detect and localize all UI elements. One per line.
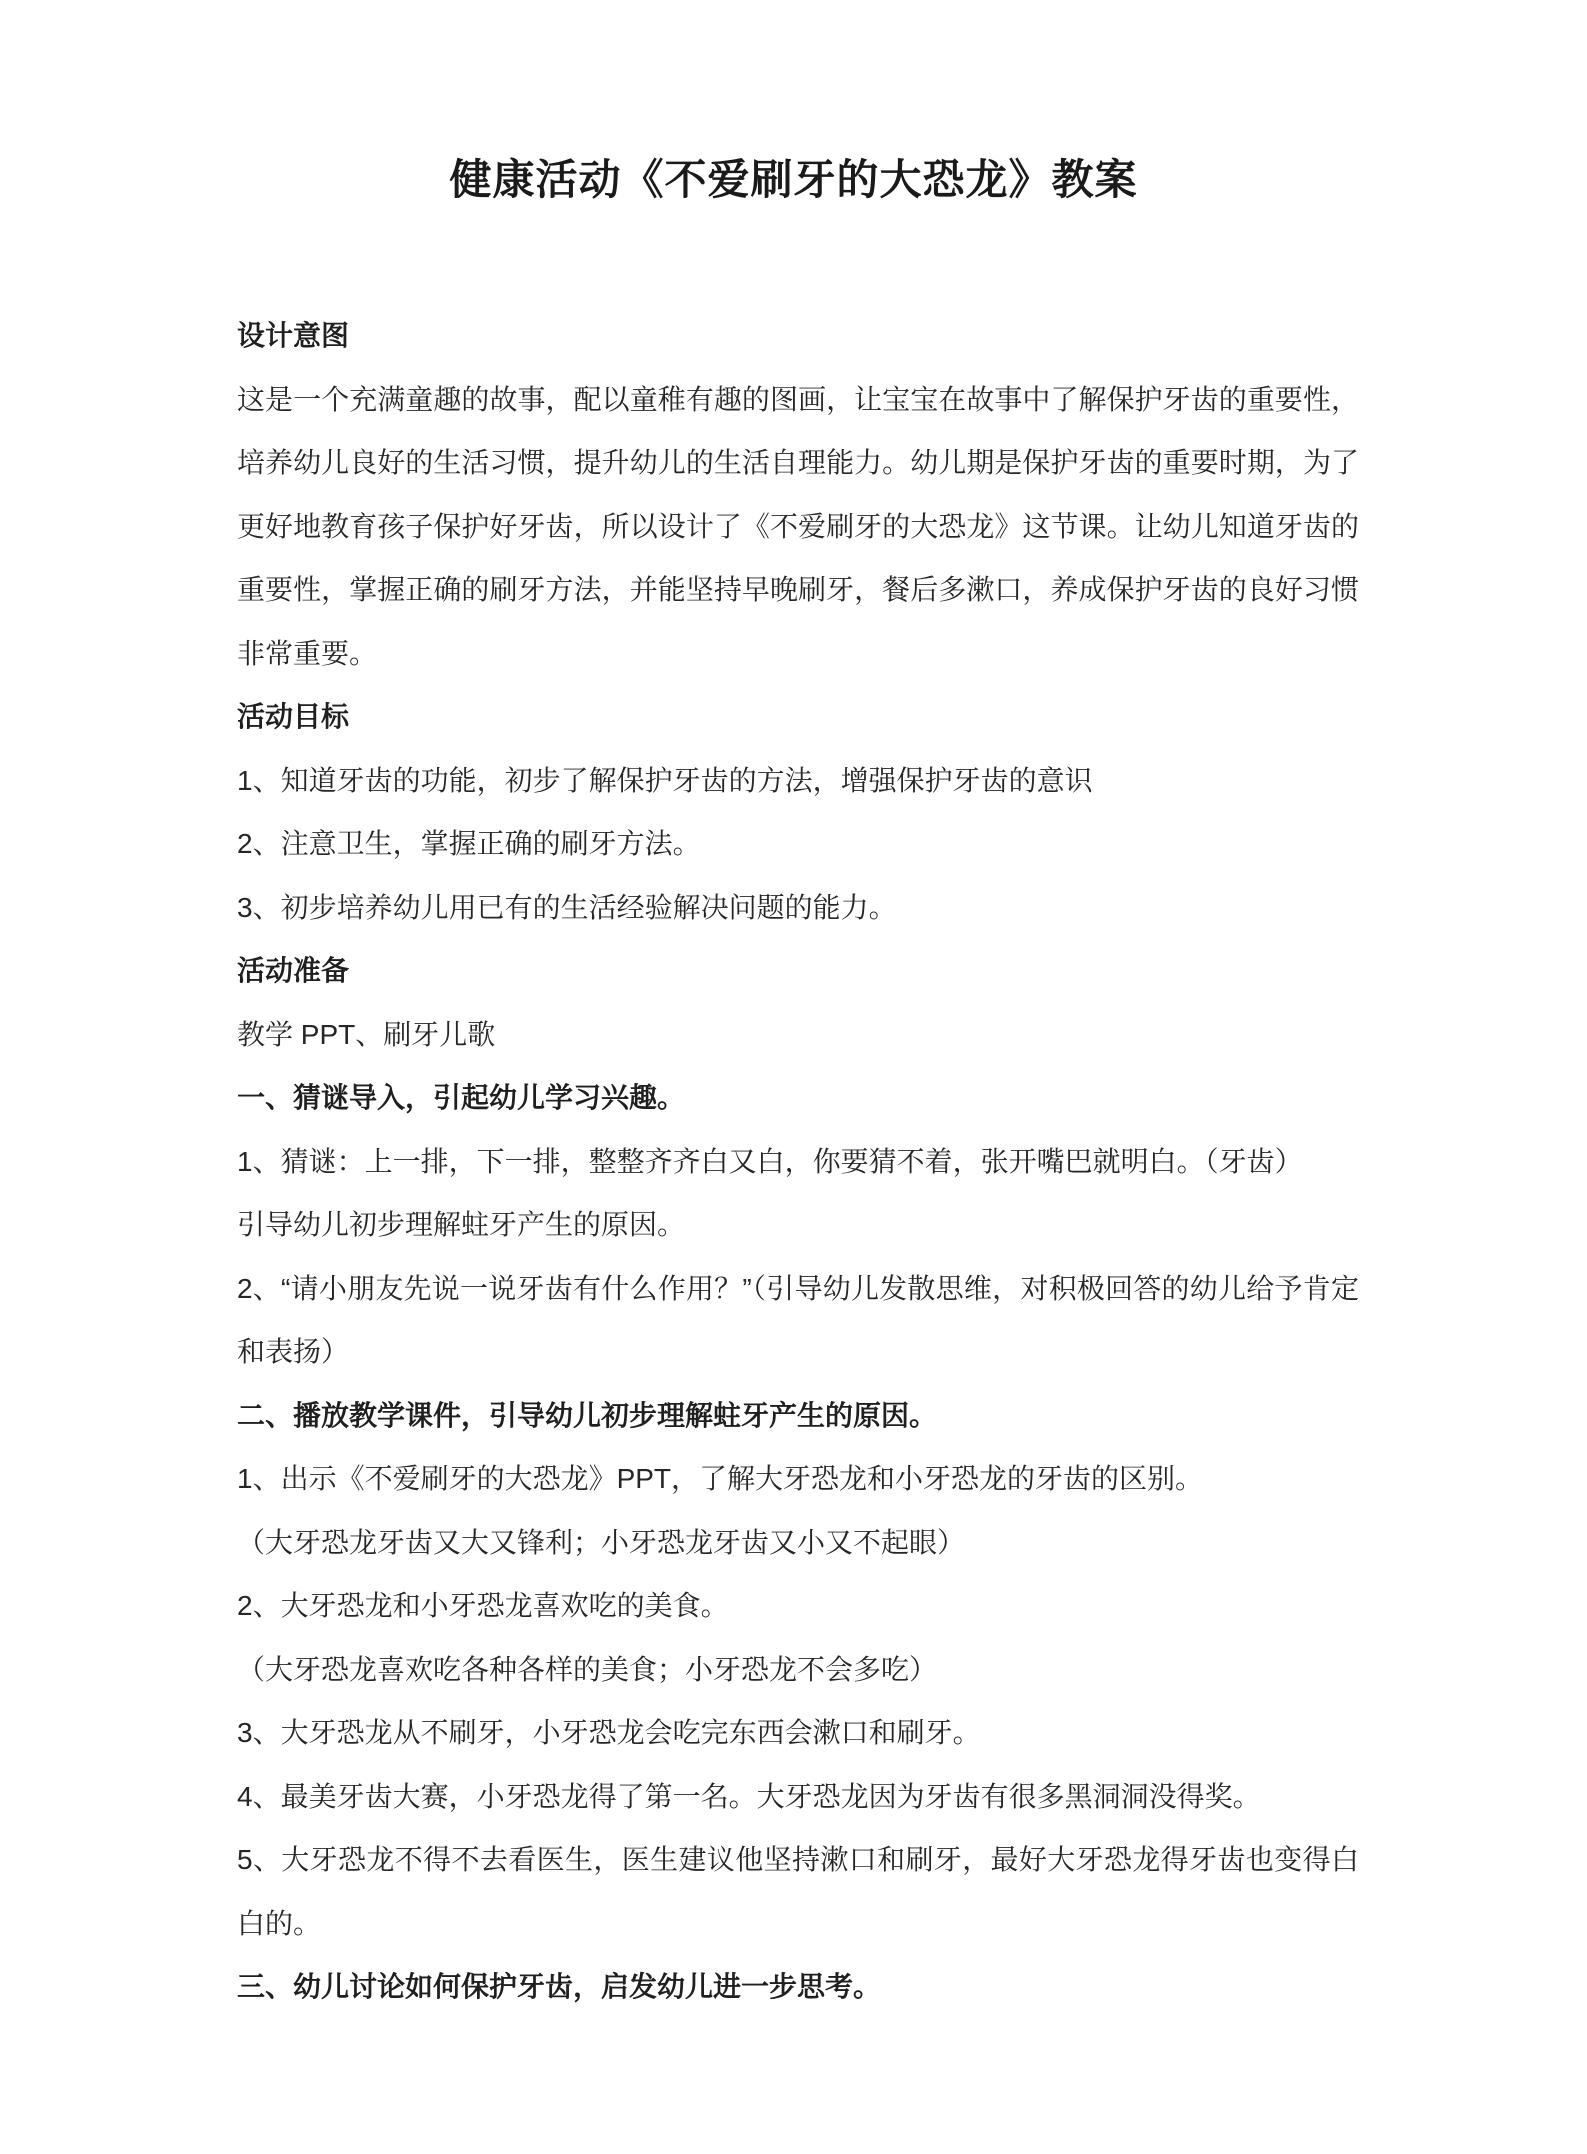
document-page: 健康活动《不爱刷牙的大恐龙》教案 设计意图这是一个充满童趣的故事，配以童稚有趣的… [0, 0, 1587, 2154]
paragraph-line: 3、初步培养幼儿用已有的生活经验解决问题的能力。 [237, 876, 1359, 940]
paragraph-line: 引导幼儿初步理解蛀牙产生的原因。 [237, 1193, 1359, 1257]
paragraph-line: 白的。 [237, 1892, 1359, 1956]
paragraph-line: 重要性，掌握正确的刷牙方法，并能坚持早晚刷牙，餐后多漱口，养成保护牙齿的良好习惯 [237, 558, 1359, 622]
document-body: 设计意图这是一个充满童趣的故事，配以童稚有趣的图画，让宝宝在故事中了解保护牙齿的… [237, 304, 1359, 2019]
paragraph-line: 1、猜谜：上一排，下一排，整整齐齐白又白，你要猜不着，张开嘴巴就明白。（牙齿） [237, 1130, 1359, 1194]
paragraph-line: 这是一个充满童趣的故事，配以童稚有趣的图画，让宝宝在故事中了解保护牙齿的重要性， [237, 368, 1359, 432]
section-heading: 一、猜谜导入，引起幼儿学习兴趣。 [237, 1066, 1359, 1130]
paragraph-line: 教学 PPT、刷牙儿歌 [237, 1003, 1359, 1067]
section-heading: 二、播放教学课件，引导幼儿初步理解蛀牙产生的原因。 [237, 1384, 1359, 1448]
section-heading: 活动目标 [237, 685, 1359, 749]
paragraph-line: 更好地教育孩子保护好牙齿，所以设计了《不爱刷牙的大恐龙》这节课。让幼儿知道牙齿的 [237, 495, 1359, 559]
paragraph-line: 5、大牙恐龙不得不去看医生，医生建议他坚持漱口和刷牙，最好大牙恐龙得牙齿也变得白 [237, 1828, 1359, 1892]
paragraph-line: 培养幼儿良好的生活习惯，提升幼儿的生活自理能力。幼儿期是保护牙齿的重要时期，为了 [237, 431, 1359, 495]
paragraph-line: 非常重要。 [237, 622, 1359, 686]
paragraph-line: 2、大牙恐龙和小牙恐龙喜欢吃的美食。 [237, 1574, 1359, 1638]
section-heading: 三、幼儿讨论如何保护牙齿，启发幼儿进一步思考。 [237, 1955, 1359, 2019]
paragraph-line: 2、“请小朋友先说一说牙齿有什么作用？”（引导幼儿发散思维，对积极回答的幼儿给予… [237, 1257, 1359, 1321]
paragraph-line: 4、最美牙齿大赛，小牙恐龙得了第一名。大牙恐龙因为牙齿有很多黑洞洞没得奖。 [237, 1765, 1359, 1829]
paragraph-line: 和表扬） [237, 1320, 1359, 1384]
section-heading: 设计意图 [237, 304, 1359, 368]
paragraph-line: 3、大牙恐龙从不刷牙，小牙恐龙会吃完东西会漱口和刷牙。 [237, 1701, 1359, 1765]
paragraph-line: 1、出示《不爱刷牙的大恐龙》PPT，了解大牙恐龙和小牙恐龙的牙齿的区别。 [237, 1447, 1359, 1511]
document-title: 健康活动《不爱刷牙的大恐龙》教案 [0, 150, 1587, 210]
paragraph-line: 1、知道牙齿的功能，初步了解保护牙齿的方法，增强保护牙齿的意识 [237, 749, 1359, 813]
section-heading: 活动准备 [237, 939, 1359, 1003]
paragraph-line: （大牙恐龙喜欢吃各种各样的美食；小牙恐龙不会多吃） [237, 1638, 1359, 1702]
paragraph-line: 2、注意卫生，掌握正确的刷牙方法。 [237, 812, 1359, 876]
paragraph-line: （大牙恐龙牙齿又大又锋利；小牙恐龙牙齿又小又不起眼） [237, 1511, 1359, 1575]
